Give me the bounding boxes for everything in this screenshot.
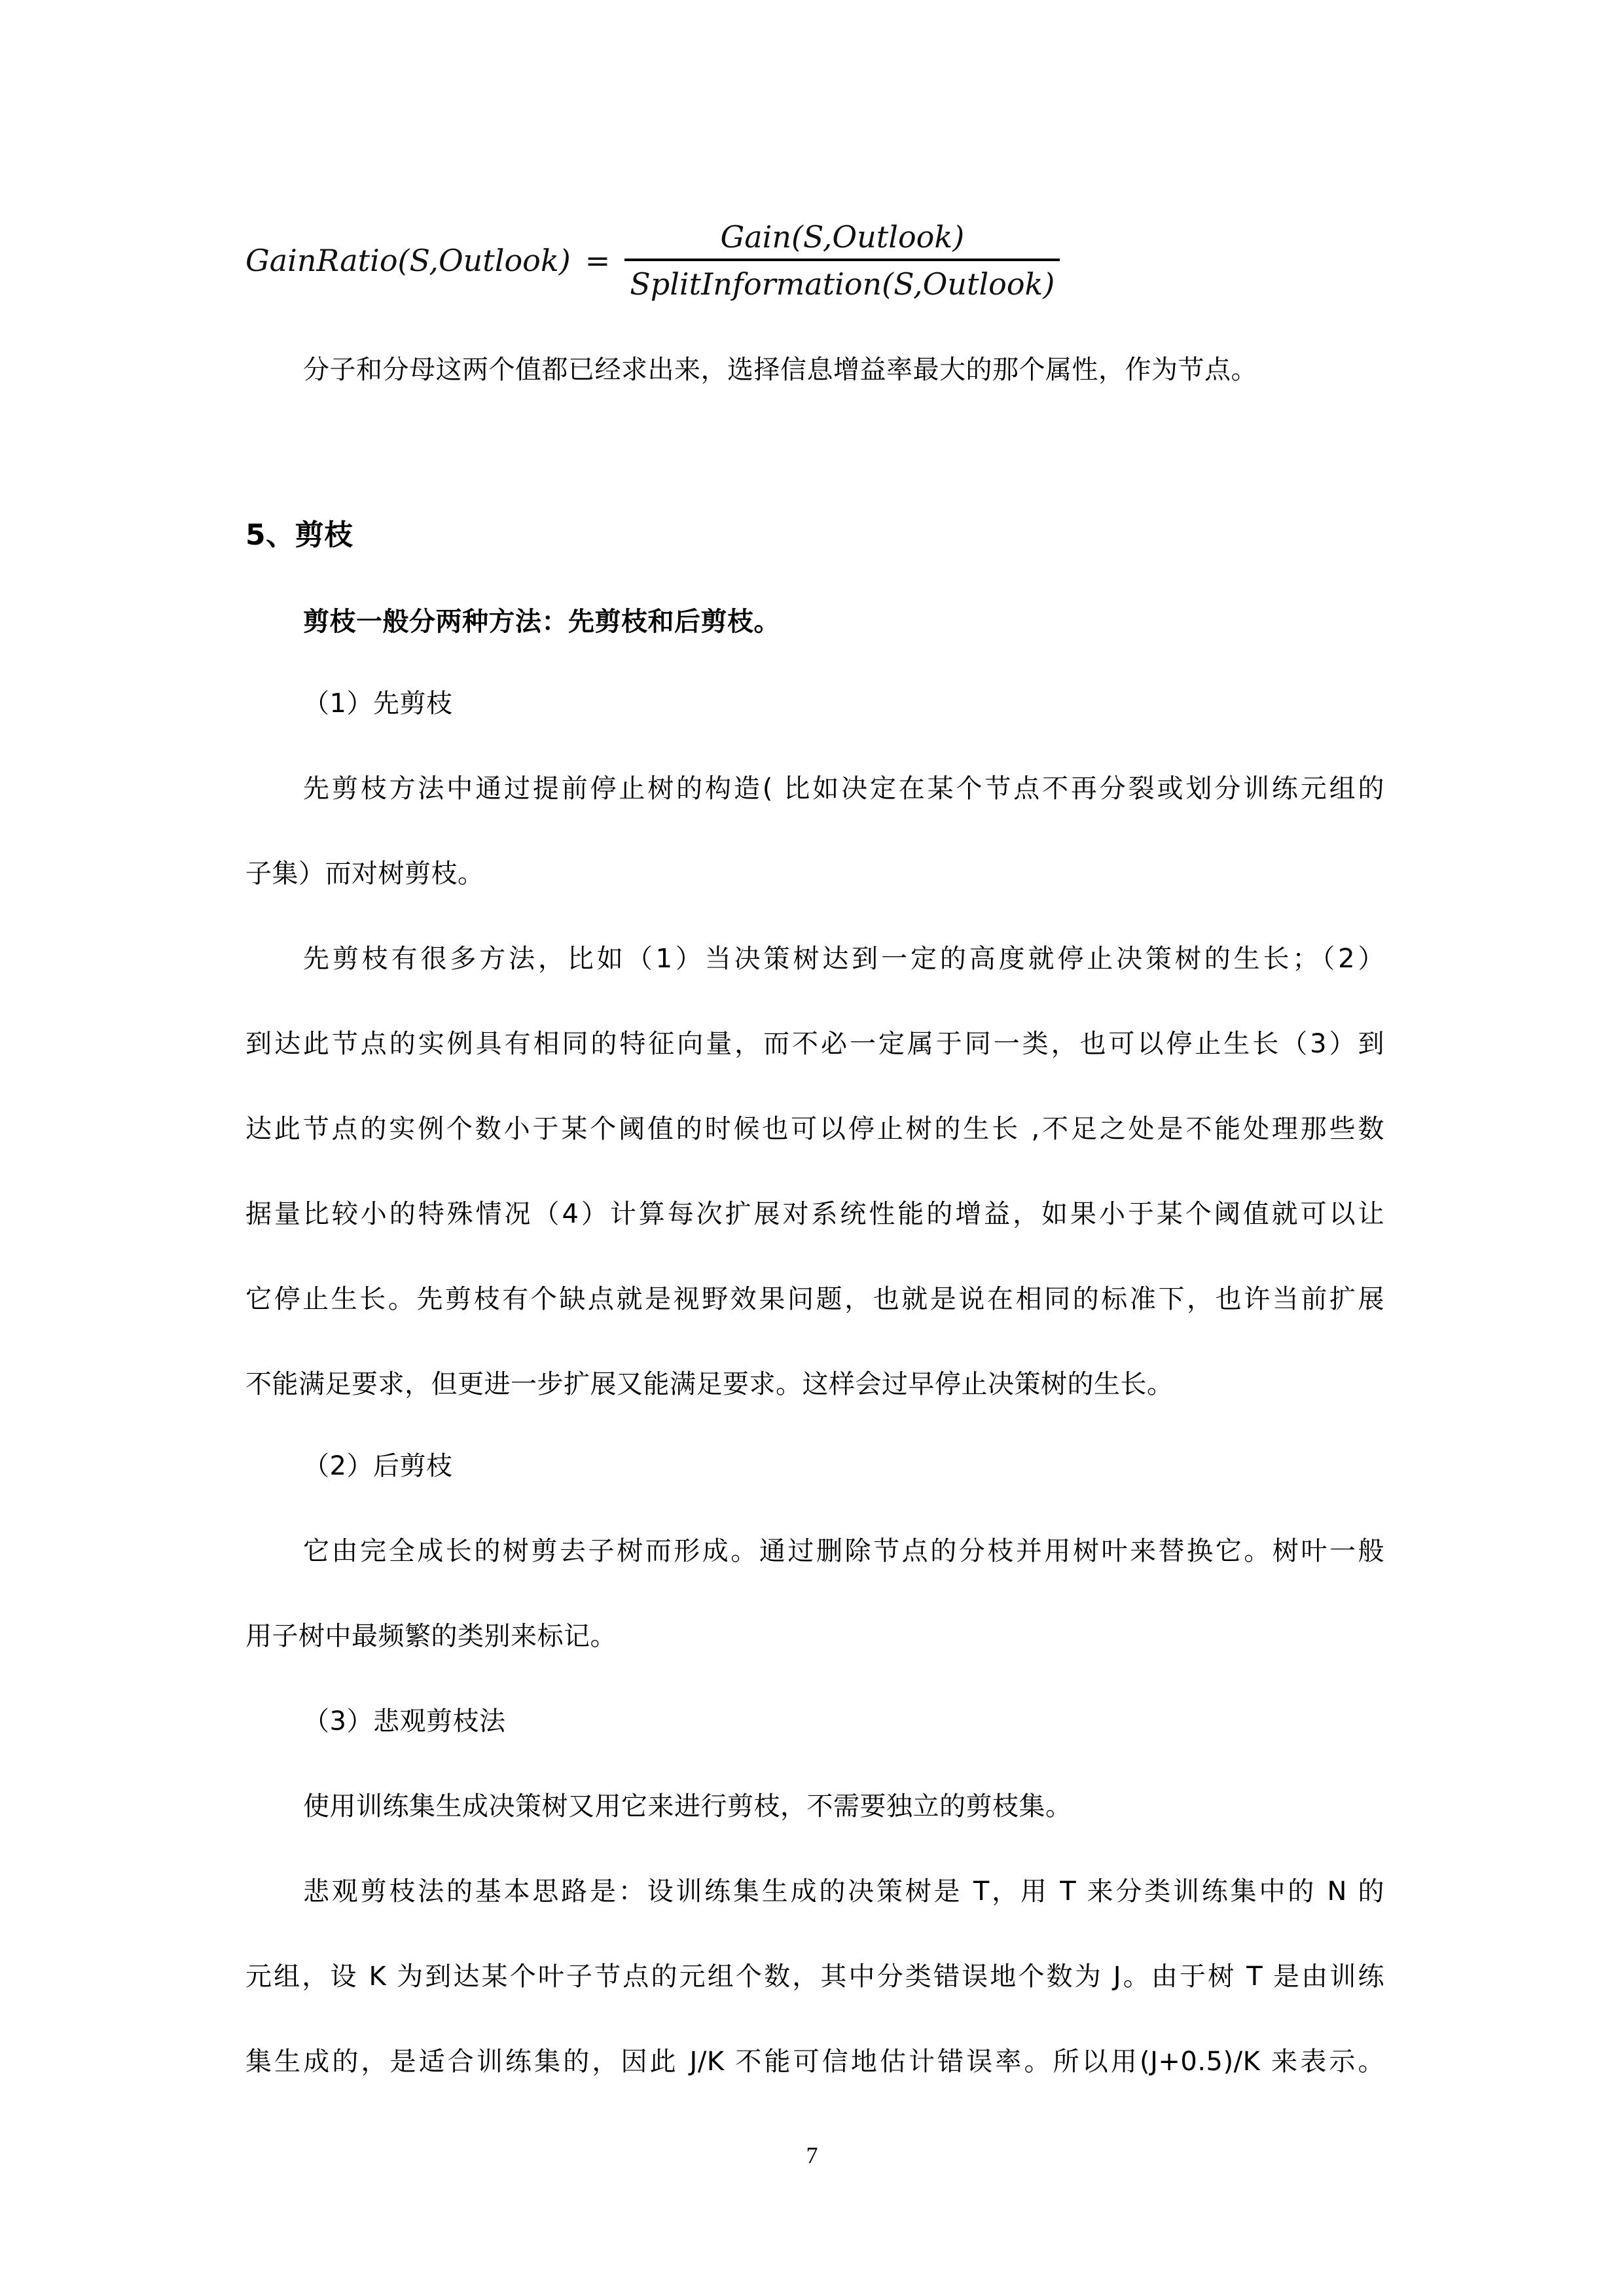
document-page: GainRatio(S,Outlook) = Gain(S,Outlook) S… xyxy=(0,0,1624,2296)
paragraph-line: 不能满足要求，但更进一步扩展又能满足要求。这样会过早停止决策树的生长。 xyxy=(245,1365,1174,1404)
page-number: 7 xyxy=(0,2139,1624,2172)
formula-equals: = xyxy=(585,243,611,278)
paragraph-line: 到达此节点的实例具有相同的特征向量，而不必一定属于同一类，也可以停止生长（3）到 xyxy=(245,1024,1384,1064)
subsection-title-pessimistic: （3）悲观剪枝法 xyxy=(303,1702,505,1741)
formula-denominator: SplitInformation(S,Outlook) xyxy=(624,261,1060,302)
formula-fraction: Gain(S,Outlook) SplitInformation(S,Outlo… xyxy=(624,219,1060,302)
paragraph-line: 子集）而对树剪枝。 xyxy=(245,854,484,893)
paragraph-line: 悲观剪枝法的基本思路是：设训练集生成的决策树是 T，用 T 来分类训练集中的 N… xyxy=(303,1872,1384,1911)
paragraph-line: 集生成的，是适合训练集的，因此 J/K 不能可信地估计错误率。所以用(J+0.5… xyxy=(245,2042,1384,2081)
gain-ratio-formula: GainRatio(S,Outlook) = Gain(S,Outlook) S… xyxy=(245,208,1060,313)
paragraph-line: 先剪枝方法中通过提前停止树的构造( 比如决定在某个节点不再分裂或划分训练元组的 xyxy=(303,769,1384,808)
formula-lhs: GainRatio(S,Outlook) xyxy=(245,243,571,278)
subsection-title-prepruning: （1）先剪枝 xyxy=(303,684,452,723)
section-heading: 5、剪枝 xyxy=(245,516,353,555)
intro-bold-line: 剪枝一般分两种方法：先剪枝和后剪枝。 xyxy=(303,602,780,641)
paragraph-line: 它停止生长。先剪枝有个缺点就是视野效果问题，也就是说在相同的标准下，也许当前扩展 xyxy=(245,1280,1384,1319)
paragraph-line: 它由完全成长的树剪去子树而形成。通过删除节点的分枝并用树叶来替换它。树叶一般 xyxy=(303,1532,1384,1571)
subsection-title-postpruning: （2）后剪枝 xyxy=(303,1446,452,1486)
paragraph-line: 先剪枝有很多方法，比如（1）当决策树达到一定的高度就停止决策树的生长；（2） xyxy=(303,939,1384,978)
formula-numerator: Gain(S,Outlook) xyxy=(715,219,969,259)
paragraph-line: 达此节点的实例个数小于某个阈值的时候也可以停止树的生长 ,不足之处是不能处理那些… xyxy=(245,1109,1384,1149)
paragraph-line: 据量比较小的特殊情况（4）计算每次扩展对系统性能的增益，如果小于某个阈值就可以让 xyxy=(245,1194,1384,1234)
paragraph-line: 使用训练集生成决策树又用它来进行剪枝，不需要独立的剪枝集。 xyxy=(303,1787,1072,1826)
paragraph-line: 用子树中最频繁的类别来标记。 xyxy=(245,1617,617,1656)
paragraph-line: 分子和分母这两个值都已经求出来，选择信息增益率最大的那个属性，作为节点。 xyxy=(303,350,1257,389)
paragraph-line: 元组，设 K 为到达某个叶子节点的元组个数，其中分类错误地个数为 J。由于树 T… xyxy=(245,1957,1384,1996)
